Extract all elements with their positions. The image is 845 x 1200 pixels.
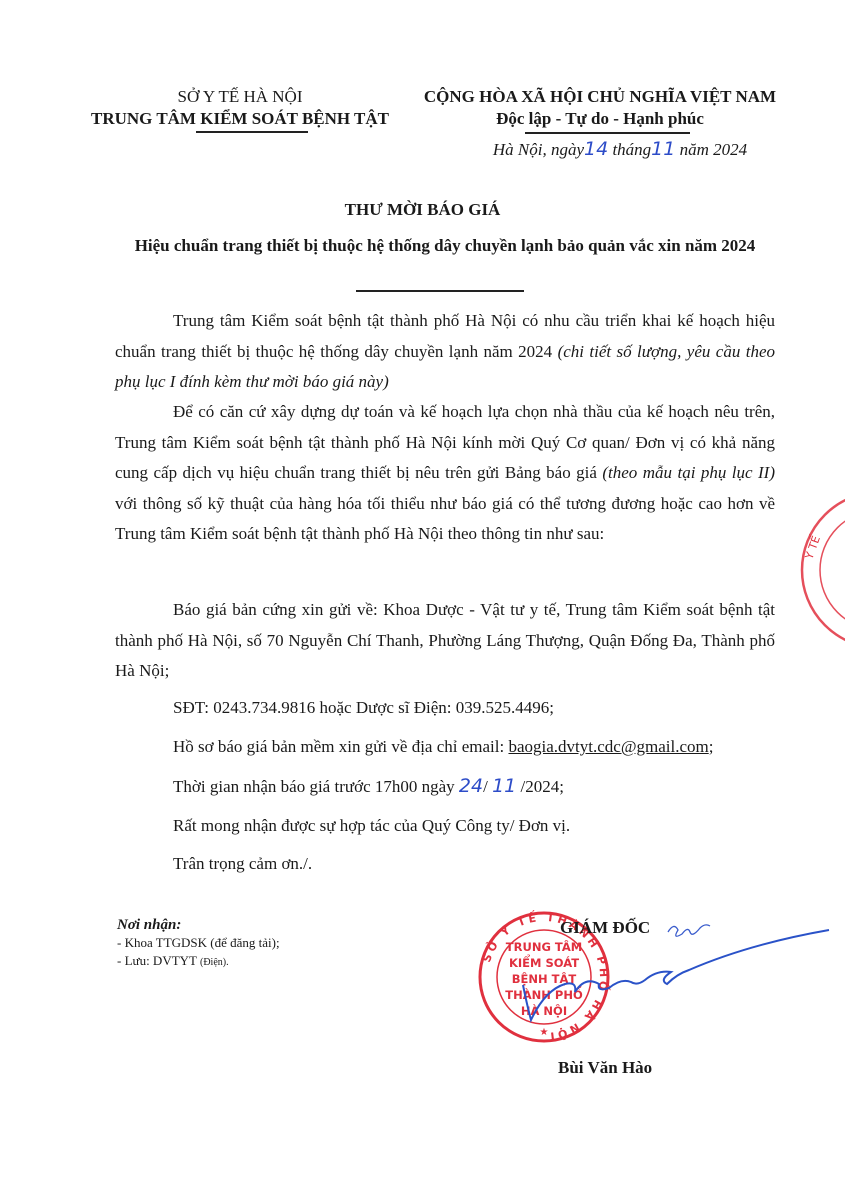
deadline-separator: / xyxy=(483,777,488,796)
paragraph-text: với thông số kỹ thuật của hàng hóa tối t… xyxy=(115,494,775,544)
date-day-handwritten: 14 xyxy=(584,138,608,160)
closing-cooperation: Rất mong nhận được sự hợp tác của Quý Cô… xyxy=(173,811,570,841)
national-motto: Độc lập - Tự do - Hạnh phúc xyxy=(410,108,790,130)
closing-thanks: Trân trọng cảm ơn./. xyxy=(173,849,312,879)
date-prefix: Hà Nội, ngày xyxy=(493,140,584,159)
department-name: SỞ Y TẾ HÀ NỘI xyxy=(60,86,420,108)
date-month-handwritten: 11 xyxy=(651,138,675,160)
deadline-month-handwritten: 11 xyxy=(492,775,516,797)
title-divider xyxy=(356,290,524,292)
document-subtitle: Hiệu chuẩn trang thiết bị thuộc hệ thống… xyxy=(110,233,780,258)
recipients-block: Nơi nhận: - Khoa TTGDSK (để đăng tải); -… xyxy=(117,916,280,972)
svg-text:BỆNH TẬT: BỆNH TẬT xyxy=(512,971,577,986)
svg-text:HÀ NỘI: HÀ NỘI xyxy=(521,1003,567,1018)
issuing-agency: SỞ Y TẾ HÀ NỘI TRUNG TÂM KIỂM SOÁT BỆNH … xyxy=(60,86,420,130)
national-header: CỘNG HÒA XÃ HỘI CHỦ NGHĨA VIỆT NAM Độc l… xyxy=(410,86,790,161)
organization-name: TRUNG TÂM KIỂM SOÁT BỆNH TẬT xyxy=(60,108,420,130)
nation-name: CỘNG HÒA XÃ HỘI CHỦ NGHĨA VIỆT NAM xyxy=(410,86,790,108)
signatory-title: GIÁM ĐỐC xyxy=(560,918,650,938)
svg-text:★: ★ xyxy=(540,1027,549,1038)
motto-underline xyxy=(525,132,690,134)
recipient-text: - Lưu: DVTYT xyxy=(117,953,200,968)
recipient-item: - Khoa TTGDSK (để đăng tải); xyxy=(117,934,280,952)
recipient-note: (Điện). xyxy=(200,957,229,968)
deadline-year: /2024; xyxy=(516,777,564,796)
date-month-label: tháng xyxy=(612,140,651,159)
signatory-name: Bùi Văn Hào xyxy=(558,1058,652,1078)
deadline-line: Thời gian nhận báo giá trước 17h00 ngày … xyxy=(173,771,564,802)
svg-text:THÀNH PHỐ: THÀNH PHỐ xyxy=(505,985,583,1002)
organization-underline xyxy=(196,131,308,133)
paragraph-invitation: Để có căn cứ xây dựng dự toán và kế hoạc… xyxy=(115,397,775,550)
recipient-text: - Khoa TTGDSK (để đăng tải); xyxy=(117,935,280,950)
phone-line: SĐT: 0243.734.9816 hoặc Dược sĩ Điện: 03… xyxy=(173,693,554,723)
email-suffix: ; xyxy=(709,737,714,756)
svg-text:TRUNG TÂM: TRUNG TÂM xyxy=(506,939,582,954)
paragraph-address: Báo giá bản cứng xin gửi về: Khoa Dược -… xyxy=(115,595,775,687)
svg-text:Y TẾ: Y TẾ xyxy=(801,534,823,562)
email-link[interactable]: baogia.dvtyt.cdc@gmail.com xyxy=(508,737,708,756)
date-year: năm 2024 xyxy=(680,140,748,159)
email-line: Hồ sơ báo giá bản mềm xin gửi về địa chỉ… xyxy=(173,732,713,762)
paragraph-purpose: Trung tâm Kiểm soát bệnh tật thành phố H… xyxy=(115,306,775,398)
recipient-item: - Lưu: DVTYT (Điện). xyxy=(117,952,280,972)
appendix-reference: (theo mẫu tại phụ lục II) xyxy=(602,463,775,482)
svg-text:KIỂM SOÁT: KIỂM SOÁT xyxy=(509,953,579,970)
document-date: Hà Nội, ngày14 tháng11 năm 2024 xyxy=(410,138,790,161)
email-label: Hồ sơ báo giá bản mềm xin gửi về địa chỉ… xyxy=(173,737,508,756)
document-title: THƯ MỜI BÁO GIÁ xyxy=(0,200,845,220)
deadline-label: Thời gian nhận báo giá trước 17h00 ngày xyxy=(173,777,459,796)
recipients-title: Nơi nhận: xyxy=(117,916,280,934)
deadline-day-handwritten: 24 xyxy=(459,775,483,797)
